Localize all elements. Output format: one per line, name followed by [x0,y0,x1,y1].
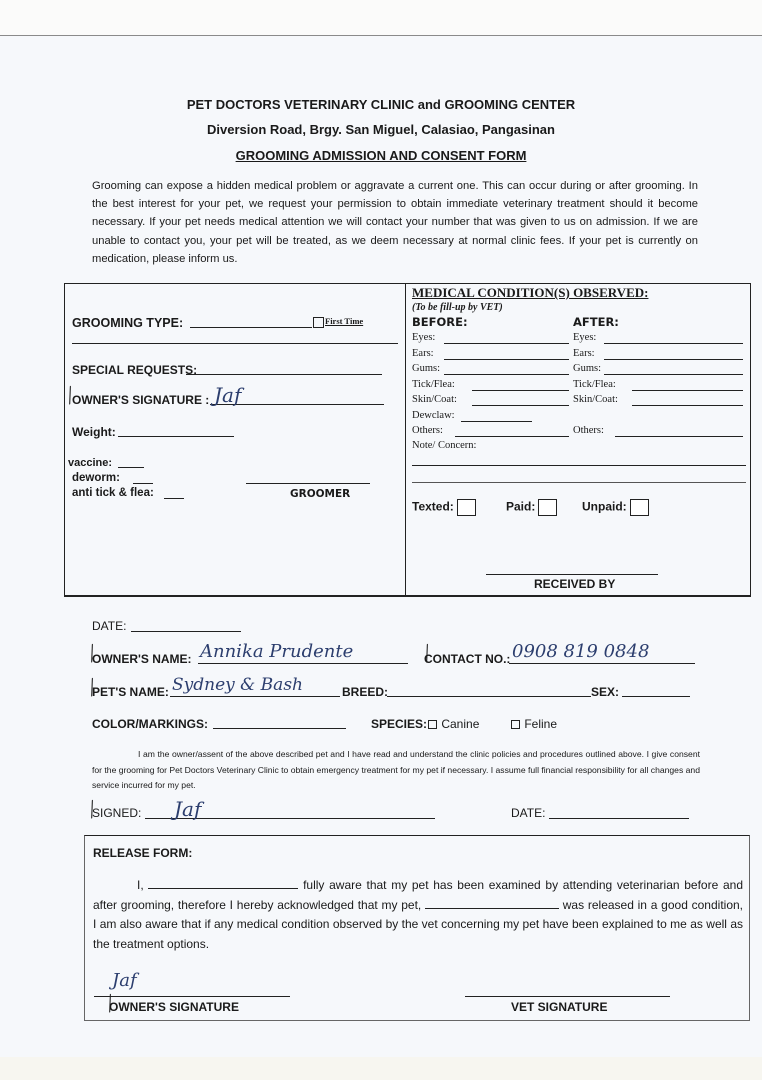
unpaid-checkbox[interactable] [630,499,649,516]
after-field-row: Tick/Flea: [573,379,616,390]
medical-subtitle: (To be fill-up by VET) [412,302,503,313]
before-field-row: Tick/Flea: [412,379,455,390]
after-field-input[interactable] [615,436,743,437]
after-field-input[interactable] [604,343,743,344]
signed-label: SIGNED: [92,806,141,820]
grooming-type-label: GROOMING TYPE: [72,316,183,330]
after-heading: AFTER: [573,315,619,329]
before-field-label: Gums: [412,363,440,374]
before-field-row: Ears: [412,348,434,359]
vet-signature-label: VET SIGNATURE [511,1000,607,1014]
weight-field[interactable] [118,436,234,437]
before-field-row: Eyes: [412,332,435,343]
species-label: SPECIES: [371,717,427,731]
before-field-input[interactable] [444,359,569,360]
medical-title: MEDICAL CONDITION(S) OBSERVED: [412,285,648,301]
after-field-row: Gums: [573,363,601,374]
vaccine-field[interactable] [118,467,144,468]
scan-bottom-edge [0,1057,762,1080]
pet-name-field[interactable] [170,696,340,697]
breed-label: BREED: [342,685,388,699]
release-pet-name-field[interactable] [425,897,559,909]
after-field-label: Gums: [573,363,601,374]
sex-field[interactable] [622,696,690,697]
special-requests-field[interactable] [186,374,382,375]
clinic-address: Diversion Road, Brgy. San Miguel, Calasi… [0,122,762,137]
after-field-label: Ears: [573,348,595,359]
grooming-type-field[interactable] [190,327,312,328]
first-time-option[interactable]: First Time [313,316,363,328]
owner-name-value: Annika Prudente [200,641,353,662]
before-field-input[interactable] [444,374,569,375]
before-field-row: Dewclaw: [412,410,455,421]
species-feline-option[interactable]: Feline [511,717,557,731]
received-by-field[interactable] [486,574,658,575]
clinic-name: PET DOCTORS VETERINARY CLINIC and GROOMI… [0,97,762,112]
date2-field[interactable] [549,818,689,819]
before-field-label: Eyes: [412,332,435,343]
weight-label: Weight: [72,425,116,439]
owner-signature-label: OWNER'S SIGNATURE : [72,393,209,407]
after-field-row: Ears: [573,348,595,359]
grooming-section [64,283,406,597]
sex-label: SEX: [591,685,619,699]
before-field-label: Skin/Coat: [412,394,457,405]
before-field-label: Tick/Flea: [412,379,455,390]
consent-paragraph: I am the owner/assent of the above descr… [92,747,700,794]
note-concern-line-2[interactable] [412,482,746,483]
before-field-label: Ears: [412,348,434,359]
vet-signature-field[interactable] [465,996,670,997]
after-field-input[interactable] [604,359,743,360]
date2-label: DATE: [511,806,545,820]
before-field-label: Dewclaw: [412,410,455,421]
before-heading: BEFORE: [412,315,468,329]
groomer-label: GROOMER [290,488,350,500]
pet-name-value: Sydney & Bash [172,675,303,695]
contact-field[interactable] [509,663,695,664]
owner-name-label: OWNER'S NAME: [92,652,192,666]
anti-tick-flea-field[interactable] [164,498,184,499]
texted-option[interactable]: Texted: [412,499,476,516]
date-label: DATE: [92,619,126,633]
after-field-input[interactable] [632,390,743,391]
feline-checkbox[interactable] [511,720,520,729]
after-field-label: Skin/Coat: [573,394,618,405]
paid-checkbox[interactable] [538,499,557,516]
breed-field[interactable] [387,696,591,697]
note-concern-line-1[interactable] [412,465,746,466]
owner-signature-value: Jaf [214,383,241,407]
after-field-row: Eyes: [573,332,596,343]
before-field-input[interactable] [461,421,532,422]
after-field-input[interactable] [632,405,743,406]
before-field-input[interactable] [472,405,569,406]
owner-name-field[interactable] [198,663,408,664]
pet-name-label: PET'S NAME: [92,685,169,699]
canine-checkbox[interactable] [428,720,437,729]
unpaid-option[interactable]: Unpaid: [582,499,649,516]
anti-tick-flea-label: anti tick & flea: [72,487,154,499]
before-field-row: Gums: [412,363,440,374]
color-markings-label: COLOR/MARKINGS: [92,717,208,731]
color-markings-field[interactable] [213,728,346,729]
received-by-label: RECEIVED BY [534,577,615,591]
intro-paragraph: Grooming can expose a hidden medical pro… [92,177,698,268]
paid-option[interactable]: Paid: [506,499,557,516]
release-owner-signature-label: OWNER'S SIGNATURE [109,1000,239,1014]
after-field-label: Others: [573,425,604,436]
after-field-row: Skin/Coat: [573,394,618,405]
first-time-checkbox[interactable] [313,317,324,328]
release-owner-name-field[interactable] [148,877,298,889]
form-title: GROOMING ADMISSION AND CONSENT FORM [0,148,762,163]
contact-label: CONTACT NO.: [424,652,510,666]
before-field-label: Others: [412,425,443,436]
after-field-label: Eyes: [573,332,596,343]
before-field-input[interactable] [472,390,569,391]
date-field[interactable] [131,631,241,632]
signed-value: Jaf [174,797,201,821]
release-owner-signature-field[interactable] [94,996,290,997]
grooming-type-extra-line[interactable] [72,343,398,344]
deworm-field[interactable] [133,483,153,484]
note-concern-label: Note/ Concern: [412,440,476,451]
before-field-row: Skin/Coat: [412,394,457,405]
before-field-input[interactable] [444,343,569,344]
release-title: RELEASE FORM: [93,846,192,860]
release-owner-signature-value: Jaf [112,970,137,991]
vaccine-label: vaccine: [68,457,112,469]
scan-top-edge [0,0,762,36]
after-field-input[interactable] [604,374,743,375]
species-canine-option[interactable]: Canine [428,717,479,731]
before-field-row: Others: [412,425,443,436]
texted-checkbox[interactable] [457,499,476,516]
deworm-label: deworm: [72,472,120,484]
after-field-row: Others: [573,425,604,436]
release-paragraph: I, fully aware that my pet has been exam… [93,876,743,954]
after-field-label: Tick/Flea: [573,379,616,390]
contact-value: 0908 819 0848 [512,641,649,662]
groomer-signature-field[interactable] [246,483,370,484]
before-field-input[interactable] [455,436,569,437]
special-requests-label: SPECIAL REQUESTS: [72,363,197,377]
